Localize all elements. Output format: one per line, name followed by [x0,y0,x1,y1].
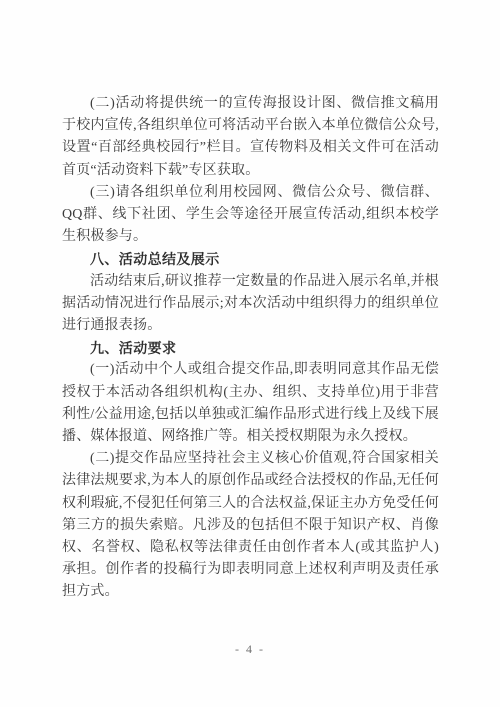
paragraph: (一)活动中个人或组合提交作品,即表明同意其作品无偿授权于本活动各组织机构(主办… [62,359,439,448]
paragraph: (三)请各组织单位利用校园网、微信公众号、微信群、QQ群、线下社团、学生会等途径… [62,182,439,249]
page-number: - 4 - [0,642,500,657]
document-page: (二)活动将提供统一的宣传海报设计图、微信推文稿用于校内宣传,各组织单位可将活动… [0,0,500,707]
section-heading: 九、活动要求 [62,337,439,359]
document-body: (二)活动将提供统一的宣传海报设计图、微信推文稿用于校内宣传,各组织单位可将活动… [62,93,439,604]
paragraph: 活动结束后,研议推荐一定数量的作品进入展示名单,并根据活动情况进行作品展示;对本… [62,271,439,338]
section-heading: 八、活动总结及展示 [62,248,439,270]
paragraph: (二)提交作品应坚持社会主义核心价值观,符合国家相关法律法规要求,为本人的原创作… [62,448,439,603]
paragraph: (二)活动将提供统一的宣传海报设计图、微信推文稿用于校内宣传,各组织单位可将活动… [62,93,439,182]
